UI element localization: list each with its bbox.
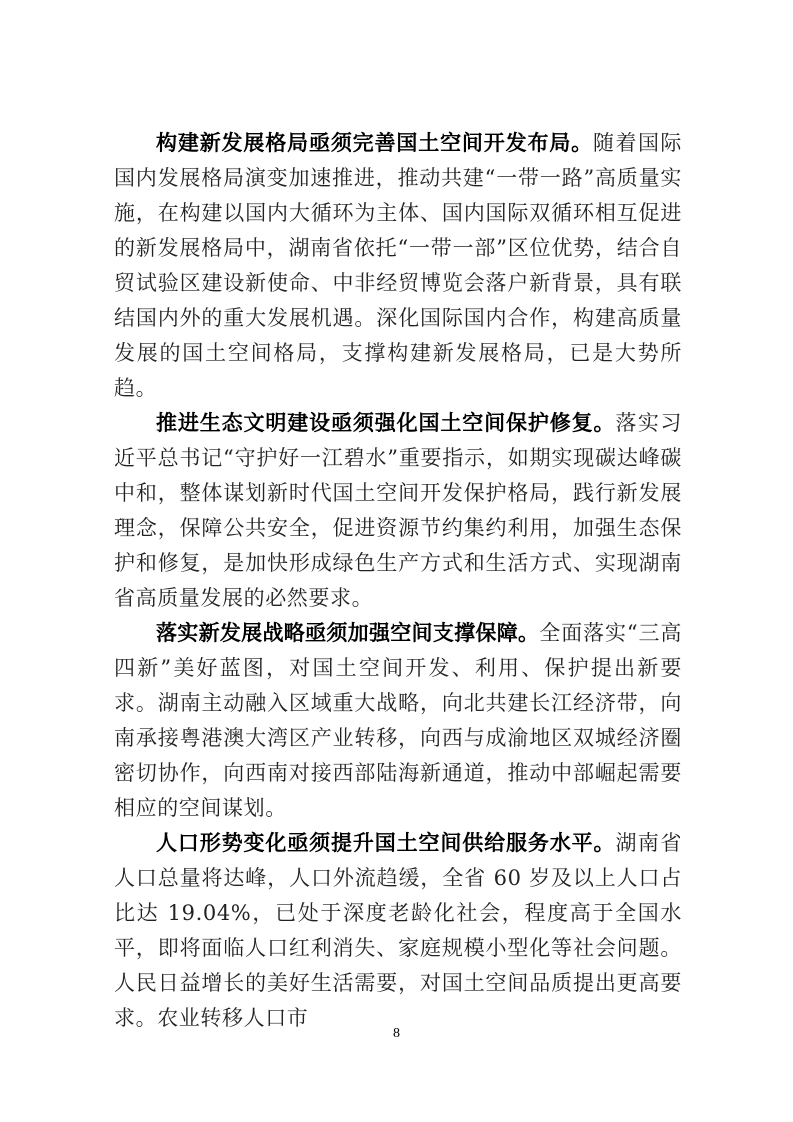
paragraph-ecological-civilization: 推进生态文明建设亟须强化国土空间保护修复。落实习近平总书记“守护好一江碧水”重要… bbox=[114, 406, 682, 616]
page-number: 8 bbox=[0, 1026, 793, 1042]
paragraph-body: 随着国际国内发展格局演变加速推进，推动共建“一带一路”高质量实施，在构建以国内大… bbox=[114, 131, 682, 400]
paragraph-body: 落实习近平总书记“守护好一江碧水”重要指示，如期实现碳达峰碳中和，整体谋划新时代… bbox=[114, 411, 682, 610]
paragraph-new-development-pattern: 构建新发展格局亟须完善国土空间开发布局。随着国际国内发展格局演变加速推进，推动共… bbox=[114, 126, 682, 406]
paragraph-body: 全面落实“三高四新”美好蓝图，对国土空间开发、利用、保护提出新要求。湖南主动融入… bbox=[114, 621, 682, 820]
paragraph-development-strategy: 落实新发展战略亟须加强空间支撑保障。全面落实“三高四新”美好蓝图，对国土空间开发… bbox=[114, 616, 682, 826]
paragraph-heading: 推进生态文明建设亟须强化国土空间保护修复。 bbox=[156, 411, 615, 435]
document-page-body: 构建新发展格局亟须完善国土空间开发布局。随着国际国内发展格局演变加速推进，推动共… bbox=[114, 126, 682, 1036]
paragraph-body: 湖南省人口总量将达峰，人口外流趋缓，全省 60 岁及以上人口占比达 19.04%… bbox=[114, 831, 682, 1030]
paragraph-heading: 人口形势变化亟须提升国土空间供给服务水平。 bbox=[156, 831, 615, 855]
paragraph-heading: 构建新发展格局亟须完善国土空间开发布局。 bbox=[156, 131, 593, 155]
paragraph-population-change: 人口形势变化亟须提升国土空间供给服务水平。湖南省人口总量将达峰，人口外流趋缓，全… bbox=[114, 826, 682, 1036]
paragraph-heading: 落实新发展战略亟须加强空间支撑保障。 bbox=[156, 621, 539, 645]
